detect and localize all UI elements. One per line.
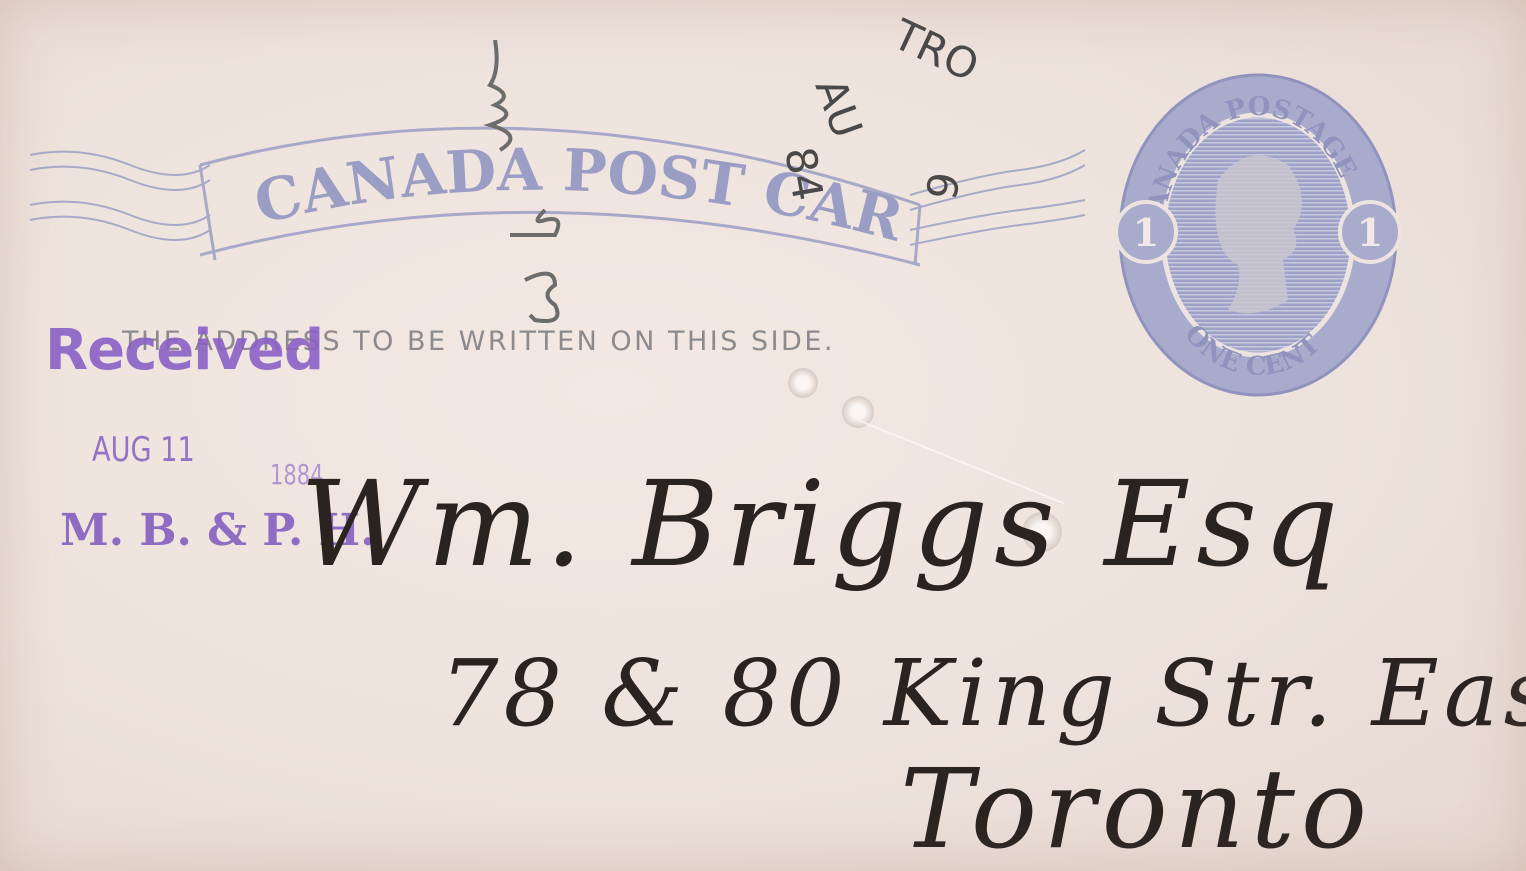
address-street: 78 & 80 King Str. East [440,640,1526,747]
svg-text:TRO: TRO [885,9,986,91]
red-pencil-number: 383 [0,600,8,753]
received-stamp-label: Received [45,318,323,383]
postcard: CANADA POST CARD TRO AU 84 6 [0,0,1526,871]
svg-text:1: 1 [1133,210,1159,255]
punch-hole [788,368,818,398]
address-name: Wm. Briggs Esq [300,455,1344,593]
postmark: TRO AU 84 6 [770,0,1010,230]
postage-stamp: CANADA POSTAGE ONE CENT 1 1 [1108,70,1408,400]
svg-text:84: 84 [775,143,833,204]
svg-text:1: 1 [1357,210,1383,255]
svg-text:AU: AU [806,72,872,145]
address-city: Toronto [900,745,1373,871]
svg-text:6: 6 [916,168,969,203]
received-stamp-date: AUG 11 [92,430,195,470]
pencil-notes [470,40,600,340]
